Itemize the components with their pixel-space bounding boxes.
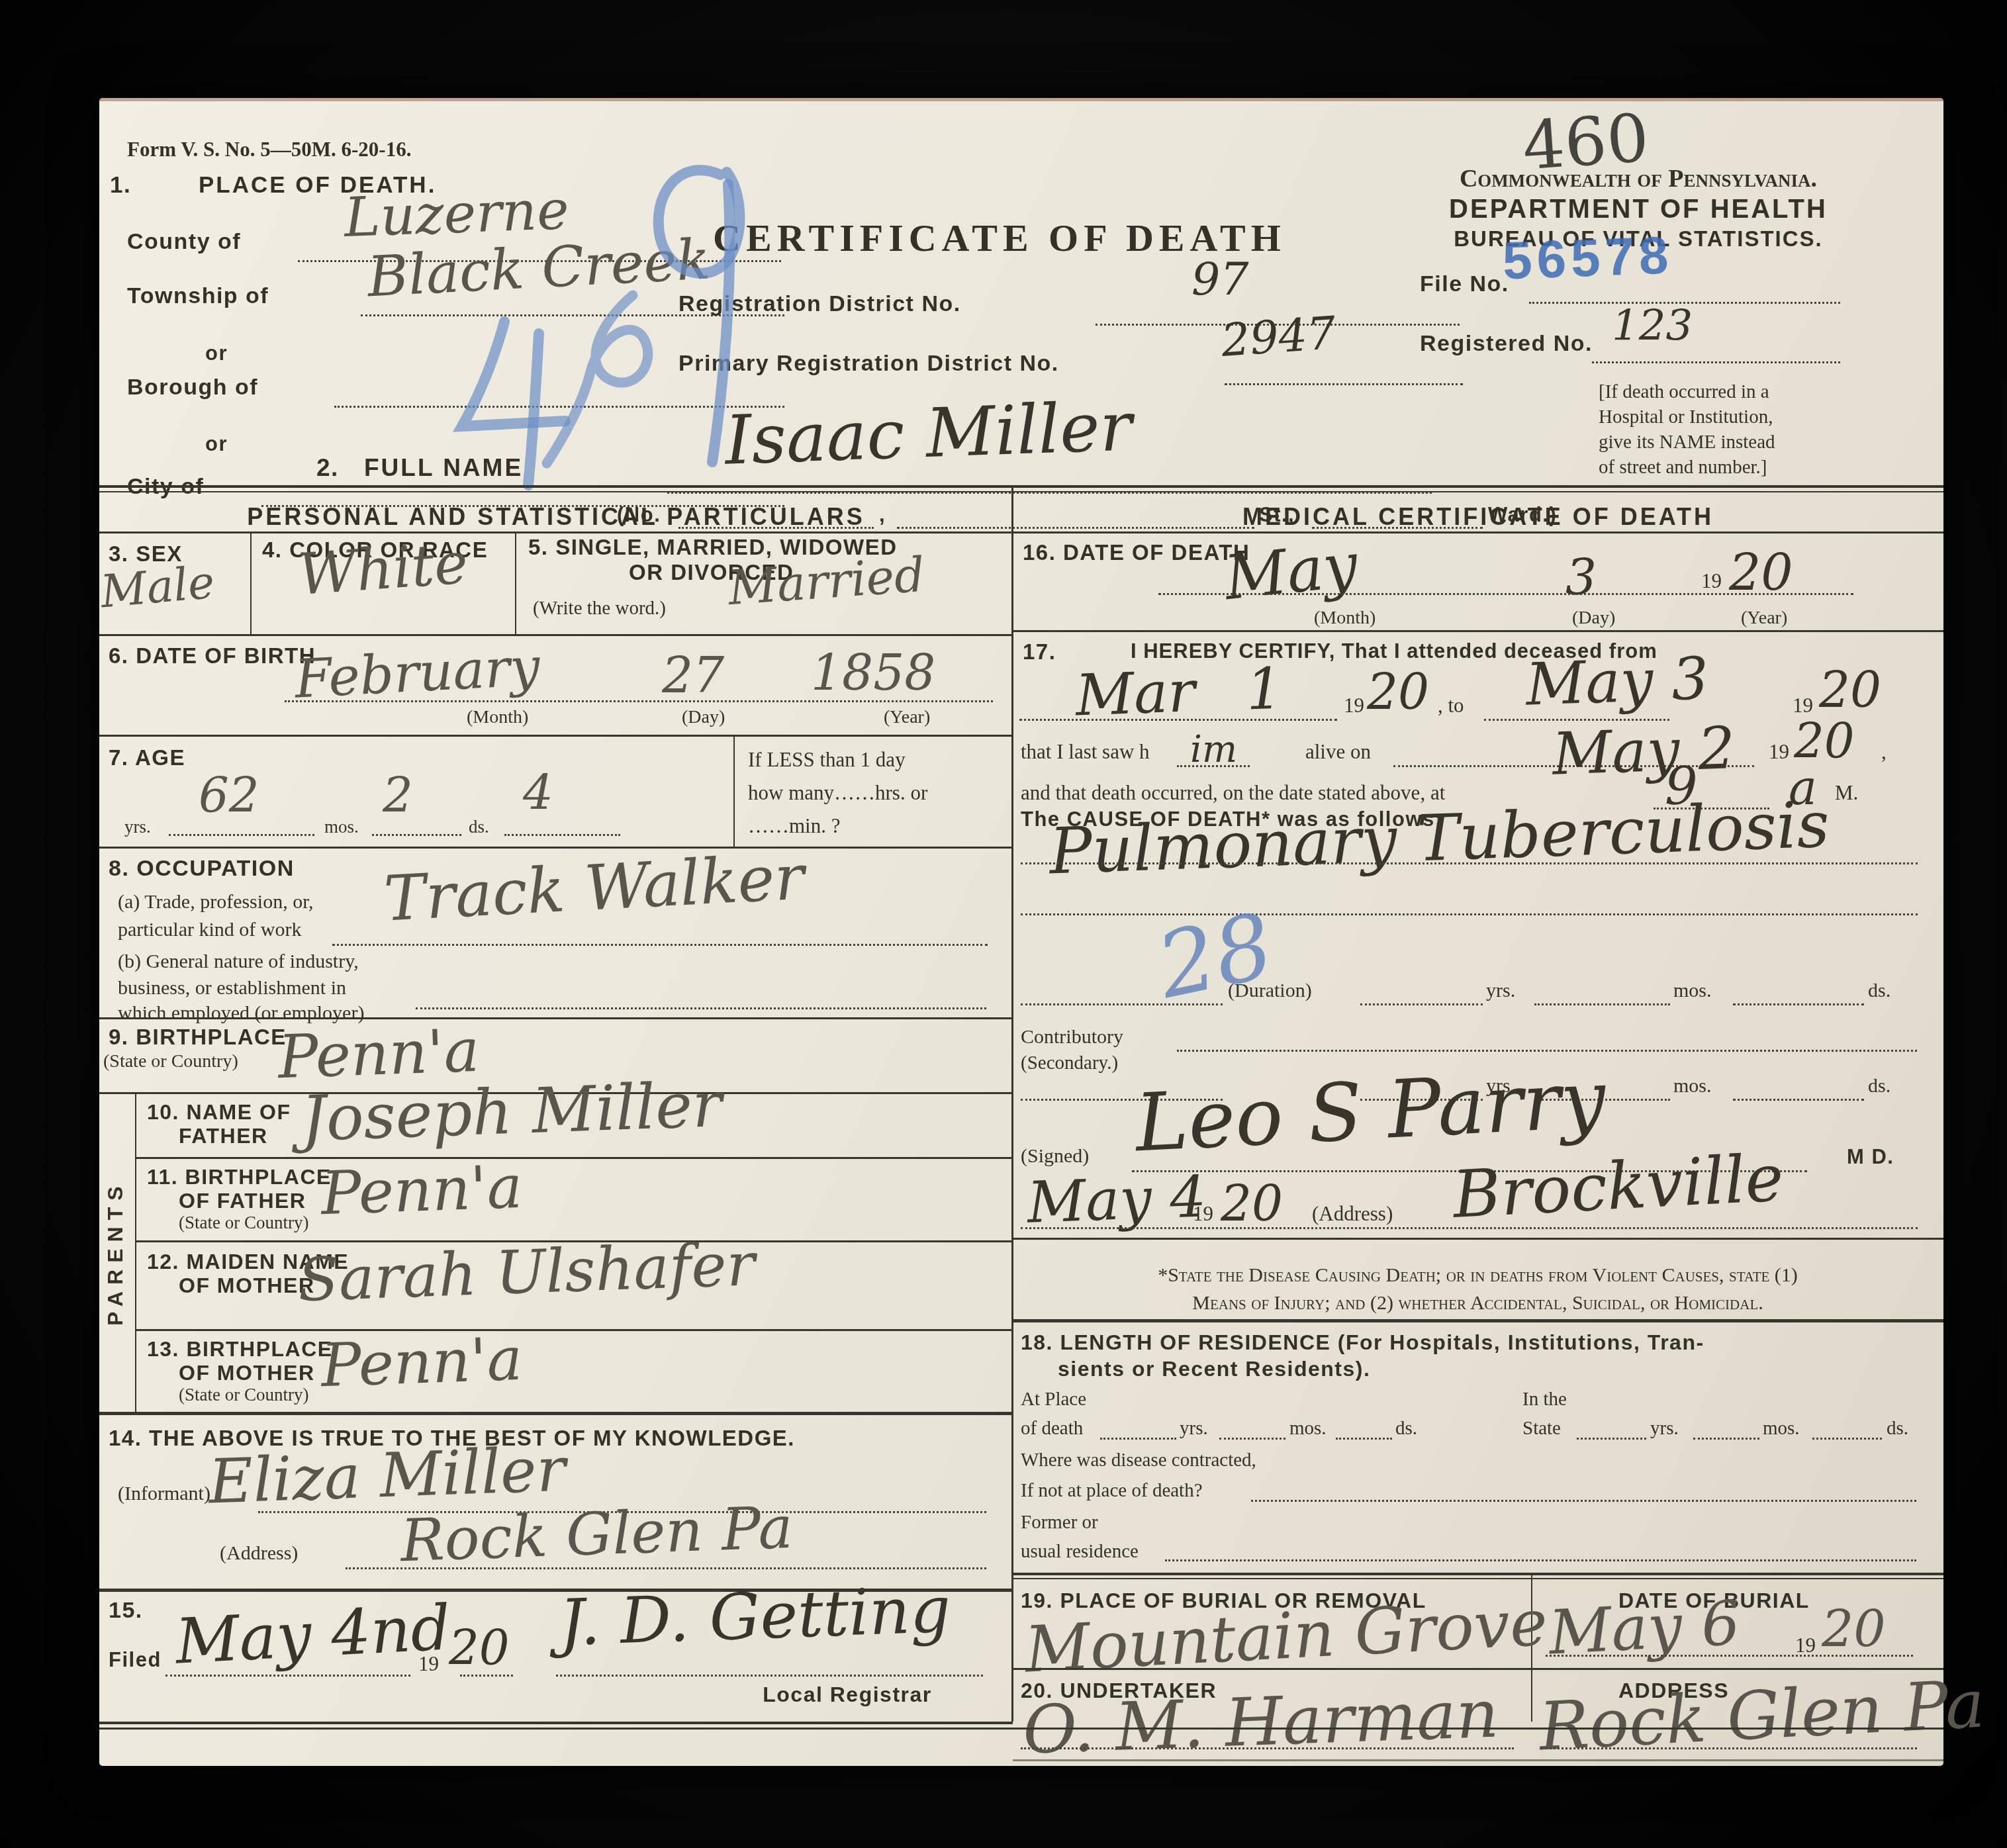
- sex-race-divider: [250, 533, 252, 634]
- row12-bottom-rule: [135, 1329, 1013, 1331]
- death-certificate-document: Form V. S. No. 5—50M. 6-20-16. 1. PLACE …: [99, 98, 1943, 1766]
- contracted-line: [1251, 1500, 1916, 1502]
- dob-month-caption: (Month): [467, 707, 528, 728]
- duration1-yrs-line: [1360, 1003, 1483, 1005]
- res-state-yrs-label: yrs.: [1650, 1418, 1679, 1440]
- residence-label-line2: sients or Recent Residents).: [1058, 1357, 1370, 1381]
- signed-label: (Signed): [1021, 1145, 1089, 1168]
- death-ampm-printed: M.: [1835, 781, 1858, 805]
- occupation-a-line2: particular kind of work: [118, 919, 301, 941]
- father-birthplace-value: Penn'a: [320, 1152, 524, 1229]
- dob-year-value: 1858: [811, 645, 935, 702]
- mother-birthplace-label-line1: 13. BIRTHPLACE: [147, 1337, 333, 1362]
- undertaker-address-line: [1541, 1747, 1917, 1749]
- header-underline: [99, 531, 1943, 533]
- row13-bottom-rule: [99, 1412, 1013, 1415]
- res-place-ds-line: [1336, 1438, 1392, 1440]
- row6-bottom-rule: [99, 735, 1013, 737]
- informant-address-line: [346, 1567, 986, 1569]
- res-state-ds-line: [1812, 1438, 1882, 1440]
- former-line2: usual residence: [1021, 1541, 1139, 1563]
- occupation-b-line2: business, or establishment in: [118, 977, 346, 999]
- row5-bottom-rule: [99, 634, 1013, 636]
- footnote-line2: Means of Injury; and (2) whether Acciden…: [1023, 1292, 1933, 1315]
- signed-date-value: May 4: [1026, 1164, 1207, 1236]
- attended-from-line: [1019, 719, 1337, 721]
- to-year-written: 20: [1819, 662, 1881, 719]
- parents-vertical-label: PARENTS: [103, 1111, 128, 1395]
- in-the-line1: In the: [1522, 1389, 1567, 1410]
- father-birthplace-label-line2: OF FATHER: [179, 1189, 306, 1213]
- age-less-line1: If LESS than 1 day: [748, 748, 906, 772]
- race-value: White: [296, 530, 470, 608]
- duration1-yrs-label: yrs.: [1486, 980, 1515, 1002]
- father-name-label-line1: 10. NAME OF: [147, 1100, 291, 1125]
- age-mos-value: 2: [383, 768, 413, 823]
- father-birthplace-label-line1: 11. BIRTHPLACE: [147, 1165, 332, 1189]
- informant-address-label: (Address): [220, 1542, 298, 1565]
- dod-year-printed: 19: [1701, 569, 1722, 593]
- last-saw-date-value: May 2: [1551, 714, 1736, 788]
- table-bottom-rule-right-edge: [1013, 1759, 1943, 1761]
- duration2-ds-label: ds.: [1868, 1075, 1890, 1097]
- burial-year-written: 20: [1822, 1599, 1886, 1658]
- dod-month-caption: (Month): [1314, 608, 1376, 629]
- marital-hint: (Write the word.): [533, 598, 666, 620]
- filed-label: Filed: [109, 1648, 162, 1672]
- duration2-ds-line: [1733, 1099, 1864, 1101]
- duration1-mos-line: [1534, 1003, 1670, 1005]
- age-less-line2: how many……hrs. or: [748, 781, 927, 805]
- signed-bottom-rule: [1013, 1238, 1943, 1240]
- registrar-signature: J. D. Getting: [558, 1573, 952, 1661]
- mother-birthplace-value: Penn'a: [320, 1324, 524, 1401]
- parents-divider: [135, 1092, 136, 1412]
- mother-birthplace-hint: (State or Country): [179, 1385, 308, 1405]
- personal-section-header: PERSONAL AND STATISTICAL PARTICULARS: [99, 503, 1013, 531]
- occupation-label: 8. OCCUPATION: [109, 856, 295, 882]
- row8-bottom-rule: [99, 1017, 1013, 1019]
- duration1-blank-line: [1021, 1003, 1223, 1005]
- occupation-b-line: [416, 1007, 986, 1009]
- date-of-death-month: May: [1221, 530, 1361, 614]
- age-yrs-value: 62: [199, 768, 259, 823]
- saw-comma: ,: [1881, 740, 1887, 764]
- contracted-line1: Where was disease contracted,: [1021, 1450, 1256, 1471]
- center-divider: [1011, 485, 1013, 1722]
- father-name-value: Joseph Miller: [300, 1069, 723, 1156]
- row18-bottom-rule-a: [1013, 1573, 1943, 1575]
- contributory-line: [1177, 1050, 1917, 1052]
- duration1-ds-line: [1733, 1003, 1864, 1005]
- res-place-ds-label: ds.: [1395, 1418, 1417, 1440]
- signed-year-printed: 19: [1193, 1202, 1213, 1226]
- age-box-divider: [733, 737, 735, 847]
- dob-month-value: February: [293, 635, 541, 710]
- death-occurred-text: and that death occurred, on the date sta…: [1021, 781, 1445, 805]
- filed-year-printed: 19: [418, 1652, 439, 1676]
- in-the-line2: State: [1522, 1418, 1561, 1440]
- informant-address-value: Rock Glen Pa: [399, 1493, 794, 1575]
- footnote-bottom-rule: [1013, 1319, 1943, 1322]
- age-mos-label: mos.: [324, 817, 359, 837]
- filed-year-written: 20: [449, 1620, 510, 1676]
- registrar-signature-line: [556, 1675, 983, 1677]
- dob-year-caption: (Year): [884, 707, 930, 728]
- former-line1: Former or: [1021, 1512, 1098, 1534]
- res-state-yrs-line: [1577, 1438, 1646, 1440]
- filed-year-line: [460, 1675, 513, 1677]
- last-saw-prefix: that I last saw h: [1021, 740, 1150, 764]
- secondary-label: (Secondary.): [1021, 1052, 1118, 1074]
- certify-number: 17.: [1023, 639, 1056, 665]
- age-ds-value: 4: [523, 765, 553, 821]
- burial-year-printed: 19: [1795, 1634, 1816, 1657]
- dod-year-caption: (Year): [1741, 608, 1787, 629]
- occupation-a-line1: (a) Trade, profession, or,: [118, 891, 313, 913]
- signed-address-label: (Address): [1312, 1202, 1393, 1226]
- former-residence-line: [1165, 1559, 1916, 1561]
- row18-bottom-rule-b: [1013, 1578, 1943, 1579]
- signed-date-line: [1021, 1227, 1918, 1229]
- at-place-line2: of death: [1021, 1418, 1083, 1440]
- table-bottom-rule-left-a: [99, 1722, 1013, 1724]
- age-ds-line: [504, 834, 620, 836]
- filed-number: 15.: [109, 1598, 143, 1624]
- attended-to-value: May 3: [1524, 644, 1710, 719]
- informant-label: (Informant): [118, 1483, 210, 1505]
- duration1-label: (Duration): [1228, 980, 1312, 1002]
- age-ds-label: ds.: [469, 817, 489, 837]
- dob-label: 6. DATE OF BIRTH: [109, 643, 316, 669]
- to-label: , to: [1438, 694, 1464, 717]
- race-marital-divider: [515, 533, 516, 634]
- from-year-printed: 19: [1344, 694, 1364, 717]
- undertaker-line: [1021, 1747, 1514, 1749]
- occupation-a-line: [332, 944, 988, 946]
- res-place-mos-line: [1219, 1438, 1285, 1440]
- saw-year-printed: 19: [1769, 740, 1789, 764]
- dob-day-caption: (Day): [682, 707, 725, 728]
- row19-bottom-rule: [1013, 1668, 1943, 1670]
- dob-line: [285, 700, 993, 702]
- footnote-line1: *State the Disease Causing Death; or in …: [1023, 1264, 1933, 1287]
- cause-line1: [1021, 862, 1918, 864]
- age-yrs-line: [169, 834, 314, 836]
- contributory-label: Contributory: [1021, 1026, 1123, 1048]
- table-bottom-rule-b: [99, 1728, 1943, 1730]
- signed-year-written: 20: [1221, 1176, 1283, 1232]
- occupation-b-line1: (b) General nature of industry,: [118, 950, 359, 973]
- mother-name-label-line2: OF MOTHER: [179, 1273, 314, 1298]
- screenshot-root: { "common": { "year_printed": "19", "yea…: [0, 0, 2007, 1848]
- row16-bottom-rule: [1013, 630, 1943, 632]
- father-birthplace-hint: (State or Country): [179, 1213, 308, 1233]
- row7-bottom-rule: [99, 847, 1013, 849]
- birthplace-hint: (State or Country): [103, 1051, 238, 1072]
- age-mos-line: [372, 834, 461, 836]
- res-place-yrs-label: yrs.: [1180, 1418, 1208, 1440]
- duration2-mos-label: mos.: [1673, 1075, 1712, 1097]
- res-state-mos-line: [1693, 1438, 1759, 1440]
- attended-from-value: Mar 1: [1074, 656, 1284, 729]
- age-label: 7. AGE: [109, 745, 185, 770]
- contracted-line2: If not at place of death?: [1021, 1480, 1203, 1502]
- table-top-rule-a: [99, 485, 1943, 488]
- age-yrs-label: yrs.: [124, 817, 151, 837]
- date-of-death-label: 16. DATE OF DEATH: [1023, 540, 1250, 565]
- duration1-mos-label: mos.: [1673, 980, 1712, 1002]
- row10-bottom-rule: [135, 1157, 1013, 1159]
- birthplace-label: 9. BIRTHPLACE: [109, 1025, 287, 1050]
- date-of-death-line: [1158, 593, 1853, 595]
- filed-date-value: May 4nd: [173, 1592, 452, 1679]
- res-state-ds-label: ds.: [1887, 1418, 1908, 1440]
- last-saw-blank-line: [1177, 765, 1250, 767]
- residence-label-line1: 18. LENGTH OF RESIDENCE (For Hospitals, …: [1021, 1330, 1704, 1355]
- date-of-death-day: 3: [1565, 549, 1597, 606]
- burial-date-line: [1546, 1655, 1913, 1657]
- sex-value: Male: [99, 557, 216, 619]
- duration1-ds-label: ds.: [1868, 980, 1890, 1002]
- registrar-label: Local Registrar: [738, 1683, 957, 1707]
- dob-day-value: 27: [662, 647, 724, 704]
- from-year-written: 20: [1367, 664, 1429, 721]
- last-saw-suffix: alive on: [1305, 740, 1371, 764]
- res-state-mos-label: mos.: [1763, 1418, 1800, 1440]
- table-top-rule-b: [99, 491, 1943, 492]
- age-less-line3: ……min. ?: [748, 814, 841, 838]
- md-label: M D.: [1847, 1145, 1894, 1169]
- dod-day-caption: (Day): [1572, 608, 1615, 629]
- at-place-line1: At Place: [1021, 1389, 1086, 1410]
- medical-section-header: MEDICAL CERTIFICATE OF DEATH: [1013, 503, 1943, 531]
- mother-birthplace-label-line2: OF MOTHER: [179, 1361, 314, 1385]
- res-place-yrs-line: [1100, 1438, 1176, 1440]
- father-name-label-line2: FATHER: [179, 1124, 268, 1148]
- res-place-mos-label: mos.: [1289, 1418, 1327, 1440]
